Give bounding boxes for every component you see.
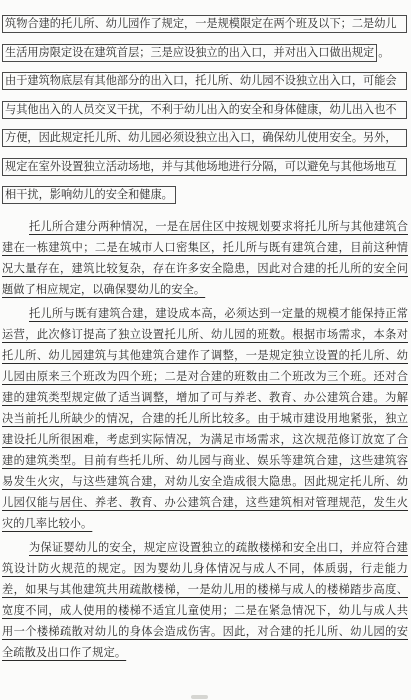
- boxed-text-line-row: 生活用房限定设在建筑首层；三是应设独立的出入口，并对出入口做出规定。: [2, 44, 408, 62]
- boxed-lines-section: 筑物合建的托儿所、幼儿园作了规定，一是规模限定在两个班及以下；二是幼儿 生活用房…: [2, 15, 408, 204]
- text-line-box: 筑物合建的托儿所、幼儿园作了规定，一是规模限定在两个班及以下；二是幼儿: [2, 15, 407, 33]
- paragraph: 托儿所合建分两种情况，一是在居住区中按规划要求将托儿所与其他建筑合建在一栋建筑中…: [2, 217, 408, 301]
- document-page: 筑物合建的托儿所、幼儿园作了规定，一是规模限定在两个班及以下；二是幼儿 生活用房…: [0, 0, 411, 700]
- boxed-line-text: 方便，因此规定托儿所、幼儿园必须设独立出入口，确保幼儿使用安全。另外，: [5, 130, 397, 146]
- boxed-line-text: 由于建筑物底层有其他部分的出入口，托儿所、幼儿园不设独立出入口，可能会: [5, 73, 397, 89]
- page-number-smudge: [191, 695, 208, 699]
- boxed-text-line-row: 方便，因此规定托儿所、幼儿园必须设独立出入口，确保幼儿使用安全。另外，: [2, 129, 408, 147]
- boxed-text-line-row: 与其他出入的人员交叉干扰，不利于幼儿出入的安全和身体健康，幼儿出入也不: [2, 101, 408, 119]
- boxed-line-text: 生活用房限定设在建筑首层；三是应设独立的出入口，并对出入口做出规定: [5, 45, 374, 61]
- boxed-text-line-row: 筑物合建的托儿所、幼儿园作了规定，一是规模限定在两个班及以下；二是幼儿: [2, 15, 408, 33]
- paragraph: 托儿所与既有建筑合建，建设成本高，必须达到一定量的规模才能保持正常运营，此次修订…: [2, 304, 408, 535]
- text-line-box: 与其他出入的人员交叉干扰，不利于幼儿出入的安全和身体健康，幼儿出入也不: [2, 101, 407, 119]
- boxed-line-text: 筑物合建的托儿所、幼儿园作了规定，一是规模限定在两个班及以下；二是幼儿: [5, 16, 397, 32]
- boxed-line-text: 相干扰，影响幼儿的安全和健康。: [5, 187, 173, 203]
- text-line-box: 生活用房限定设在建筑首层；三是应设独立的出入口，并对出入口做出规定: [2, 44, 377, 62]
- text-line-box: 由于建筑物底层有其他部分的出入口，托儿所、幼儿园不设独立出入口，可能会: [2, 72, 407, 90]
- paragraph-text: 托儿所合建分两种情况，一是在居住区中按规划要求将托儿所与其他建筑合建在一栋建筑中…: [2, 221, 408, 296]
- paragraph-text: 为保证婴幼儿的安全，规定应设置独立的疏散楼梯和安全出口，并应符合建筑设计防火规范…: [2, 542, 408, 659]
- boxed-text-line-row: 相干扰，影响幼儿的安全和健康。: [2, 186, 408, 204]
- text-line-box: 相干扰，影响幼儿的安全和健康。: [2, 186, 176, 204]
- text-line-box: 方便，因此规定托儿所、幼儿园必须设独立出入口，确保幼儿使用安全。另外，: [2, 129, 407, 147]
- boxed-text-line-row: 由于建筑物底层有其他部分的出入口，托儿所、幼儿园不设独立出入口，可能会: [2, 72, 408, 90]
- boxed-line-text: 规定在室外设置独立活动场地，并与其他场地进行分隔，可以避免与其他场地互: [5, 159, 397, 175]
- paragraph: 为保证婴幼儿的安全，规定应设置独立的疏散楼梯和安全出口，并应符合建筑设计防火规范…: [2, 538, 408, 664]
- paragraph-text: 托儿所与既有建筑合建，建设成本高，必须达到一定量的规模才能保持正常运营，此次修订…: [2, 308, 408, 530]
- outside-box-punctuation: 。: [378, 44, 389, 62]
- text-line-box: 规定在室外设置独立活动场地，并与其他场地进行分隔，可以避免与其他场地互: [2, 158, 407, 176]
- boxed-line-text: 与其他出入的人员交叉干扰，不利于幼儿出入的安全和身体健康，幼儿出入也不: [5, 102, 397, 118]
- paragraphs-section: 托儿所合建分两种情况，一是在居住区中按规划要求将托儿所与其他建筑合建在一栋建筑中…: [2, 217, 408, 664]
- boxed-text-line-row: 规定在室外设置独立活动场地，并与其他场地进行分隔，可以避免与其他场地互: [2, 158, 408, 176]
